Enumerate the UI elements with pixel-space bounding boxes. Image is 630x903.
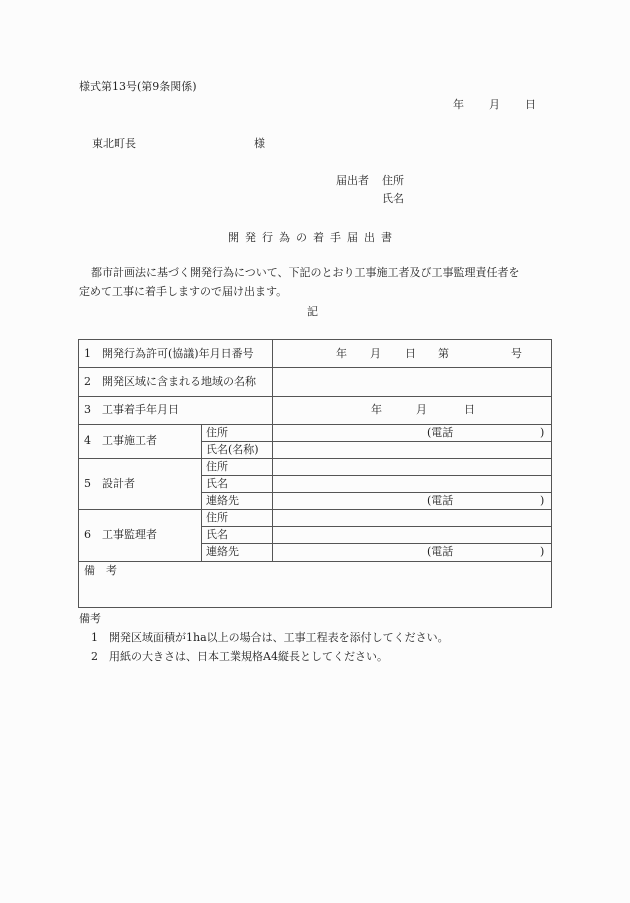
row6-name-label: 氏名 [206, 528, 228, 542]
date-year-label: 年 [453, 98, 464, 112]
supervisor-name-field[interactable] [273, 527, 551, 543]
row4-phone-open: (電話 [427, 426, 453, 440]
body-line-1: 都市計画法に基づく開発行為について、下記のとおり工事施工者及び工事監理責任者を [91, 266, 520, 280]
row6-contact-label: 連絡先 [206, 545, 239, 559]
designer-address-field[interactable] [273, 459, 551, 475]
row2-label: 2 開発区域に含まれる地域の名称 [84, 375, 256, 389]
body-line-2: 定めて工事に着手しますので届け出ます。 [79, 285, 287, 299]
row5-phone-close: ) [540, 494, 544, 508]
row6-phone-close: ) [540, 545, 544, 559]
row6-address-label: 住所 [206, 511, 228, 525]
remarks-label: 備 考 [84, 564, 117, 578]
area-name-field[interactable] [273, 368, 551, 396]
row1-label: 1 開発行為許可(協議)年月日番号 [84, 347, 254, 361]
row5-contact-label: 連絡先 [206, 494, 239, 508]
applicant-address-label: 住所 [382, 174, 404, 188]
ki-label: 記 [307, 305, 318, 319]
supervisor-address-field[interactable] [273, 510, 551, 526]
designer-name-field[interactable] [273, 476, 551, 492]
row6-label: 6 工事監理者 [84, 528, 157, 542]
row6-phone-open: (電話 [427, 545, 453, 559]
applicant-name-label: 氏名 [382, 192, 404, 206]
row5-address-label: 住所 [206, 460, 228, 474]
note-item-2: 2 用紙の大きさは、日本工業規格A4縦長としてください。 [91, 650, 388, 664]
row4-name-label: 氏名(名称) [206, 443, 259, 457]
document-title: 開発行為の着手届出書 [228, 231, 398, 245]
row4-address-label: 住所 [206, 426, 228, 440]
applicant-label: 届出者 [336, 174, 369, 188]
designer-phone-field[interactable] [455, 493, 537, 509]
row4-phone-close: ) [540, 426, 544, 440]
date-day-label: 日 [525, 98, 536, 112]
contractor-phone-field[interactable] [455, 425, 537, 441]
row5-label: 5 設計者 [84, 477, 135, 491]
row5-phone-open: (電話 [427, 494, 453, 508]
permit-number-field[interactable] [273, 340, 551, 367]
notes-heading: 備考 [79, 612, 101, 626]
row3-label: 3 工事着手年月日 [84, 403, 179, 417]
row4-label: 4 工事施工者 [84, 434, 157, 448]
note-item-1: 1 開発区域面積が1ha以上の場合は、工事工程表を添付してください。 [91, 631, 449, 645]
supervisor-phone-field[interactable] [455, 544, 537, 560]
date-month-label: 月 [489, 98, 500, 112]
contractor-address-field[interactable] [273, 425, 423, 441]
addressee: 東北町長 [92, 137, 136, 151]
form-number: 様式第13号(第9条関係) [79, 80, 197, 94]
start-date-field[interactable] [273, 397, 551, 424]
contractor-name-field[interactable] [273, 442, 551, 458]
row5-name-label: 氏名 [206, 477, 228, 491]
honorific: 様 [254, 137, 265, 151]
remarks-field[interactable] [79, 578, 551, 607]
